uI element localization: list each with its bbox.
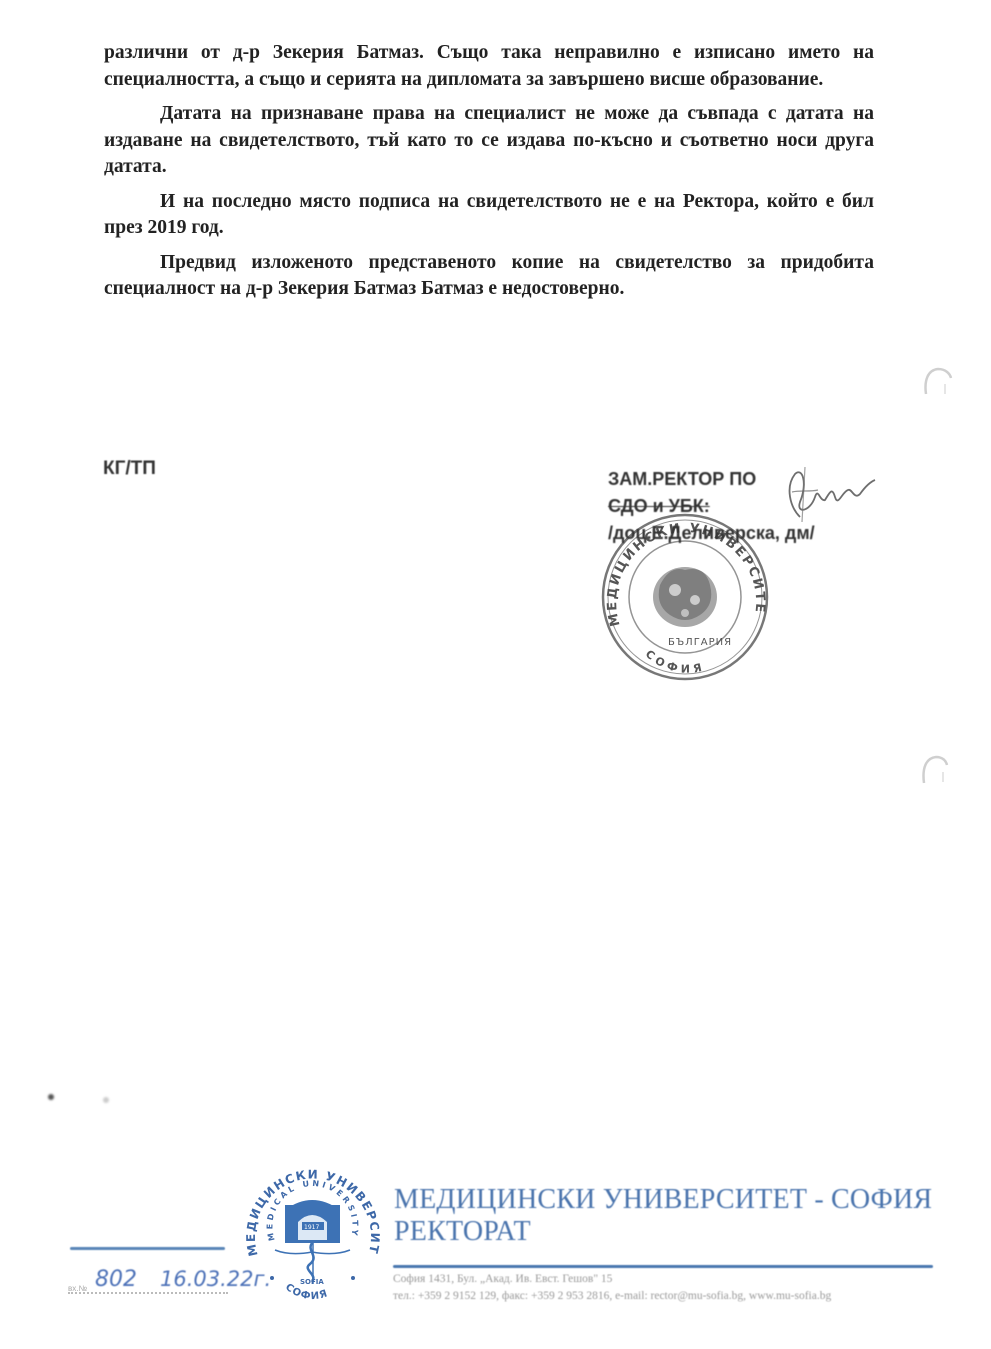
punch-hole-mark-icon	[916, 748, 956, 788]
svg-text:БЪЛГАРИЯ: БЪЛГАРИЯ	[668, 637, 732, 648]
scan-artifact	[48, 1094, 54, 1100]
punch-hole-mark-icon	[918, 362, 958, 402]
letterhead-contacts: София 1431, Бул. „Акад. Ив. Евст. Гешов"…	[393, 1271, 831, 1305]
scan-artifact	[103, 1097, 109, 1103]
svg-text:SOFIA: SOFIA	[300, 1278, 324, 1286]
registration-number: 802	[95, 1267, 137, 1292]
contact-line: тел.: +359 2 9152 129, факс: +359 2 953 …	[393, 1288, 831, 1305]
svg-text:1917: 1917	[304, 1224, 319, 1231]
address-line: София 1431, Бул. „Акад. Ив. Евст. Гешов"…	[393, 1271, 831, 1288]
reference-initials: КГ/ТП	[103, 458, 156, 480]
paragraph-signature: И на последно място подписа на свидетелс…	[104, 189, 874, 242]
letterhead-title: МЕДИЦИНСКИ УНИВЕРСИТЕТ - СОФИЯ РЕКТОРАТ	[394, 1184, 932, 1248]
document-page: различни от д-р Зекерия Батмаз. Също так…	[0, 0, 991, 1349]
footer-divider-left	[70, 1247, 225, 1250]
paragraph-conclusion: Предвид изложеното представеното копие н…	[104, 250, 874, 303]
letter-body: различни от д-р Зекерия Батмаз. Също так…	[104, 40, 874, 311]
paragraph-continuation: различни от д-р Зекерия Батмаз. Също так…	[104, 40, 874, 93]
registration-dotted-line	[68, 1292, 228, 1294]
footer-divider-right	[393, 1265, 933, 1268]
rectorate-label: РЕКТОРАТ	[394, 1216, 932, 1248]
handwritten-signature-icon	[770, 462, 880, 532]
university-logo-icon: МЕДИЦИНСКИ УНИВЕРСИТЕТ MEDICAL UNIVERSIT…	[240, 1160, 385, 1305]
university-name: МЕДИЦИНСКИ УНИВЕРСИТЕТ - СОФИЯ	[394, 1184, 932, 1216]
paragraph-date-mismatch: Датата на признаване права на специалист…	[104, 101, 874, 181]
